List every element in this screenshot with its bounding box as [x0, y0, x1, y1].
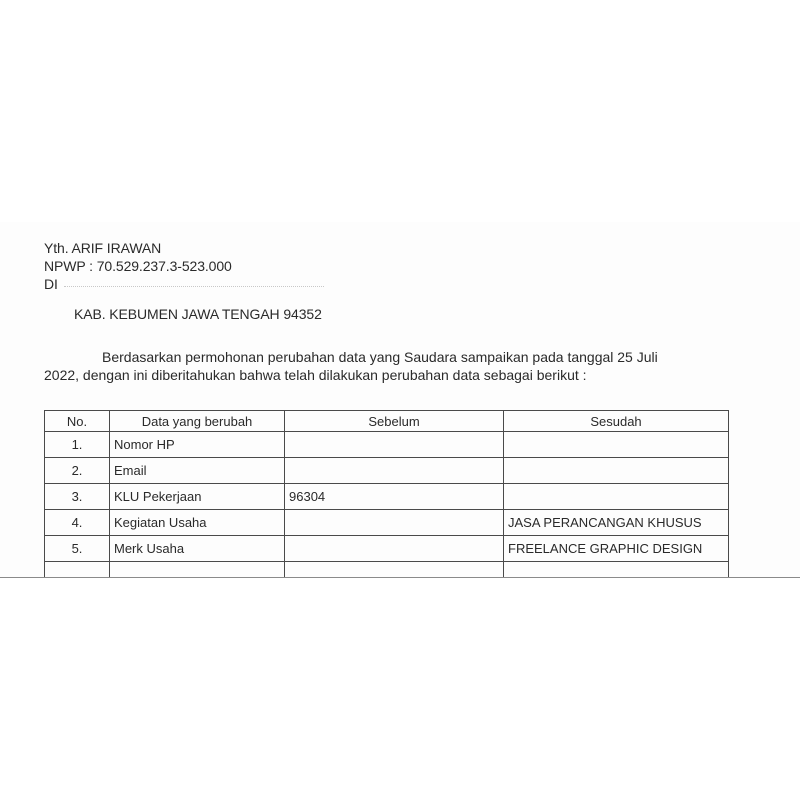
cell-data	[110, 562, 285, 579]
cell-sebelum	[285, 562, 504, 579]
header-data: Data yang berubah	[110, 411, 285, 432]
cell-no: 4.	[45, 510, 110, 536]
cell-no: 3.	[45, 484, 110, 510]
cell-no: 5.	[45, 536, 110, 562]
cell-data: Merk Usaha	[110, 536, 285, 562]
cell-sebelum	[285, 458, 504, 484]
header-sesudah: Sesudah	[504, 411, 729, 432]
cell-no: 1.	[45, 432, 110, 458]
cell-sebelum	[285, 510, 504, 536]
cell-sesudah: JASA PERANCANGAN KHUSUS	[504, 510, 729, 536]
cell-sesudah	[504, 484, 729, 510]
body-paragraph: Berdasarkan permohonan perubahan data ya…	[44, 348, 744, 384]
header-no: No.	[45, 411, 110, 432]
table-header-row: No. Data yang berubah Sebelum Sesudah	[45, 411, 729, 432]
table-row: 2. Email	[45, 458, 729, 484]
table-row: 5. Merk Usaha FREELANCE GRAPHIC DESIGN	[45, 536, 729, 562]
cell-data: Kegiatan Usaha	[110, 510, 285, 536]
cell-sebelum: 96304	[285, 484, 504, 510]
di-label: DI	[44, 275, 58, 293]
address-line: KAB. KEBUMEN JAWA TENGAH 94352	[74, 305, 322, 323]
cell-sebelum	[285, 536, 504, 562]
recipient-name: Yth. ARIF IRAWAN	[44, 239, 161, 257]
table-row: 1. Nomor HP	[45, 432, 729, 458]
cell-data: Nomor HP	[110, 432, 285, 458]
cell-data: KLU Pekerjaan	[110, 484, 285, 510]
data-changes-table: No. Data yang berubah Sebelum Sesudah 1.…	[44, 410, 729, 578]
cell-no: 2.	[45, 458, 110, 484]
table-row: 4. Kegiatan Usaha JASA PERANCANGAN KHUSU…	[45, 510, 729, 536]
page: Yth. ARIF IRAWAN NPWP : 70.529.237.3-523…	[0, 0, 800, 800]
paragraph-line-1: Berdasarkan permohonan perubahan data ya…	[44, 348, 744, 366]
table-row	[45, 562, 729, 579]
crop-edge-line	[0, 577, 800, 578]
npwp-number: NPWP : 70.529.237.3-523.000	[44, 257, 232, 275]
header-sebelum: Sebelum	[285, 411, 504, 432]
cell-data: Email	[110, 458, 285, 484]
cell-sesudah: FREELANCE GRAPHIC DESIGN	[504, 536, 729, 562]
cell-sebelum	[285, 432, 504, 458]
cell-sesudah	[504, 432, 729, 458]
cell-no	[45, 562, 110, 579]
paragraph-line-2: 2022, dengan ini diberitahukan bahwa tel…	[44, 366, 744, 384]
scanned-letter: Yth. ARIF IRAWAN NPWP : 70.529.237.3-523…	[0, 222, 800, 578]
table-row: 3. KLU Pekerjaan 96304	[45, 484, 729, 510]
cell-sesudah	[504, 458, 729, 484]
cell-sesudah	[504, 562, 729, 579]
address-dotted-line	[64, 286, 324, 287]
